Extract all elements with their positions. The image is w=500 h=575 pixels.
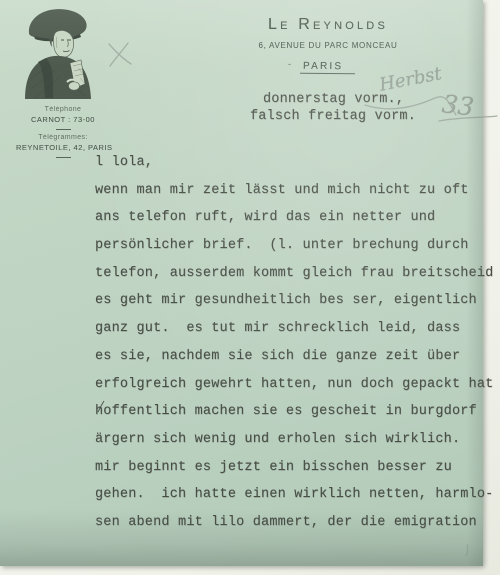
body-line: telefon, ausserdem kommt gleich frau bre… — [95, 260, 487, 288]
business-city: PARIS — [300, 61, 355, 75]
telegram-label: Télégrammes: — [16, 134, 110, 141]
pencil-smudge-mark — [460, 542, 474, 558]
reynolds-portrait-engraving — [22, 6, 96, 102]
letter-paper: Le Reynolds 6, AVENUE DU PARC MONCEAU - … — [0, 0, 483, 566]
body-line: ganz gut. es tut mir schrecklich leid, d… — [95, 315, 487, 343]
body-line: mir beginnt es jetzt ein bisschen besser… — [95, 454, 487, 482]
body-line: persönlicher brief. (l. unter brechung d… — [95, 232, 487, 260]
business-name: Le Reynolds — [252, 16, 404, 34]
business-city-row: - PARIS — [252, 56, 404, 74]
body-line: gehen. ich hatte einen wirklich netten, … — [95, 481, 487, 509]
body-line: erfolgreich gewehrt hatten, nun doch gep… — [95, 371, 487, 399]
body-line: ans telefon ruft, wird das ein netter un… — [95, 204, 487, 232]
pencil-x-mark — [105, 40, 135, 68]
phone-label: Téléphone — [16, 106, 110, 113]
phone-number: CARNOT : 73-00 — [16, 115, 110, 124]
body-line: hoffentlich machen sie es gescheit in bu… — [95, 398, 487, 426]
salutation: l lola, — [95, 149, 487, 177]
letterhead: Le Reynolds 6, AVENUE DU PARC MONCEAU - … — [252, 16, 404, 74]
letter-body: l lola, wenn man mir zeit lässt und mich… — [95, 149, 487, 537]
body-line: es geht mir gesundheitlich bes ser, eige… — [95, 287, 487, 315]
dateline-line1: donnerstag vorm., — [250, 91, 416, 108]
divider — [56, 157, 71, 158]
body-line: es sie, nachdem sie sich die ganze zeit … — [95, 343, 487, 371]
dateline: donnerstag vorm., falsch freitag vorm. — [250, 91, 416, 125]
divider — [56, 129, 71, 130]
dateline-line2: falsch freitag vorm. — [250, 108, 416, 125]
typewriter-overstrike-mark — [97, 400, 105, 414]
scan-background: Le Reynolds 6, AVENUE DU PARC MONCEAU - … — [0, 0, 500, 575]
body-line: ärgern sich wenig und erholen sich wirkl… — [95, 426, 487, 454]
body-line: wenn man mir zeit lässt und mich nicht z… — [95, 177, 487, 205]
business-address: 6, AVENUE DU PARC MONCEAU — [252, 41, 404, 50]
body-line: sen abend mit lilo dammert, der die emig… — [95, 509, 487, 537]
decorative-dash: - — [288, 59, 291, 69]
